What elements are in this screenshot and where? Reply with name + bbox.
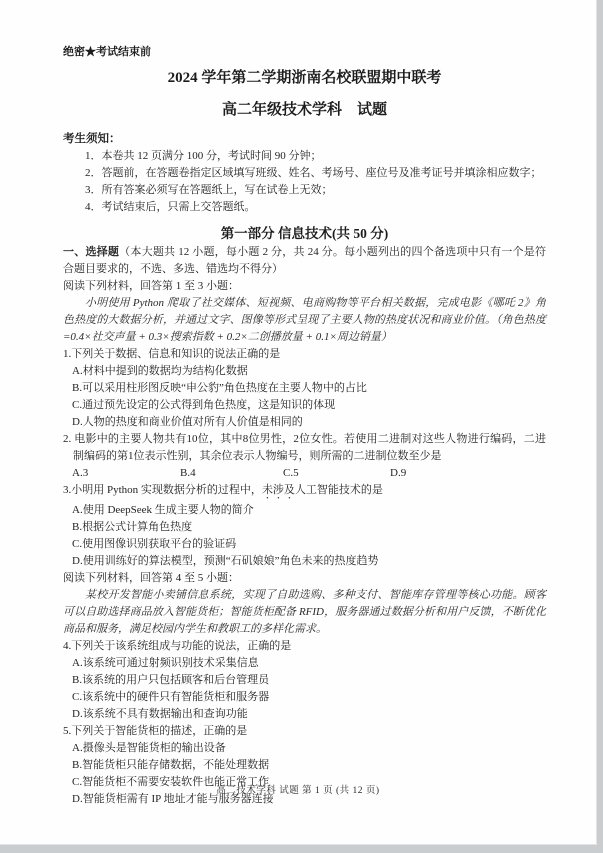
question-2: 2. 电影中的主要人物共有10位，其中8位男性，2位女性。若使用二进制对这些人物… bbox=[63, 431, 546, 482]
question-2-option-b: B.4 bbox=[180, 465, 283, 482]
question-2-options: A.3 B.4 C.5 D.9 bbox=[63, 465, 546, 482]
question-3: 3.小明用 Python 实现数据分析的过程中，未涉及人工智能技术的是 A.使用… bbox=[63, 482, 546, 570]
question-3-stem: 3.小明用 Python 实现数据分析的过程中，未涉及人工智能技术的是 bbox=[63, 482, 546, 502]
material-paragraph-2: 某校开发智能小卖铺信息系统，实现了自助选购、多种支付、智能库存管理等核心功能。顾… bbox=[63, 587, 546, 638]
question-5-option-a: A.摄像头是智能货柜的输出设备 bbox=[63, 740, 546, 757]
notice-item-3: 3．所有答案必须写在答题纸上，写在试卷上无效； bbox=[63, 182, 546, 199]
question-4-option-c: C.该系统中的硬件只有智能货柜和服务器 bbox=[63, 689, 546, 706]
question-4-option-a: A.该系统可通过射频识别技术采集信息 bbox=[63, 655, 546, 672]
section-title: 第一部分 信息技术(共 50 分) bbox=[63, 224, 546, 244]
choice-heading-description: （本大题共 12 小题，每小题 2 分，共 24 分。每小题列出的四个备选项中只… bbox=[63, 246, 546, 275]
question-1-option-c: C.通过预先设定的公式得到角色热度，这是知识的体现 bbox=[63, 397, 546, 414]
choice-heading-label: 一、选择题 bbox=[63, 246, 119, 258]
question-4-option-b: B.该系统的用户只包括顾客和后台管理员 bbox=[63, 672, 546, 689]
notice-item-1: 1．本卷共 12 页满分 100 分，考试时间 90 分钟； bbox=[63, 148, 546, 165]
notice-heading: 考生须知： bbox=[63, 131, 546, 148]
question-1: 1.下列关于数据、信息和知识的说法正确的是 A.材料中提到的数据均为结构化数据 … bbox=[63, 346, 546, 431]
notice-item-2: 2．答题前，在答题卷指定区域填写班级、姓名、考场号、座位号及准考证号并填涂相应数… bbox=[63, 165, 546, 182]
question-2-option-c: C.5 bbox=[283, 465, 390, 482]
question-5-stem: 5.下列关于智能货柜的描述，正确的是 bbox=[63, 723, 546, 740]
question-2-option-d: D.9 bbox=[390, 465, 546, 482]
reading-intro-2: 阅读下列材料，回答第 4 至 5 小题： bbox=[63, 570, 546, 587]
question-4: 4.下列关于该系统组成与功能的说法，正确的是 A.该系统可通过射频识别技术采集信… bbox=[63, 638, 546, 723]
question-3-stem-prefix: 3.小明用 Python 实现数据分析的过程中， bbox=[63, 484, 262, 496]
question-1-option-d: D.人物的热度和商业价值对所有人价值是相同的 bbox=[63, 414, 546, 431]
page-footer: 高二技术学科 试题 第 1 页 (共 12 页) bbox=[0, 782, 596, 796]
exam-page: 绝密★考试结束前 2024 学年第二学期浙南名校联盟期中联考 高二年级技术学科 … bbox=[0, 0, 597, 845]
question-3-stem-suffix: 人工智能技术的是 bbox=[295, 484, 383, 496]
question-1-option-b: B.可以采用柱形图反映“申公豹”角色热度在主要人物中的占比 bbox=[63, 380, 546, 397]
choice-section-heading: 一、选择题（本大题共 12 小题，每小题 2 分，共 24 分。每小题列出的四个… bbox=[63, 244, 546, 278]
page-content: 绝密★考试结束前 2024 学年第二学期浙南名校联盟期中联考 高二年级技术学科 … bbox=[63, 44, 546, 808]
reading-intro-1: 阅读下列材料，回答第 1 至 3 小题： bbox=[63, 278, 546, 295]
question-2-stem: 2. 电影中的主要人物共有10位，其中8位男性，2位女性。若使用二进制对这些人物… bbox=[63, 431, 546, 465]
question-5-option-b: B.智能货柜只能存储数据，不能处理数据 bbox=[63, 757, 546, 774]
question-2-option-a: A.3 bbox=[72, 465, 180, 482]
question-3-stem-emphasis: 未涉及 bbox=[262, 484, 295, 496]
subject-title: 高二年级技术学科 试题 bbox=[63, 100, 546, 121]
question-3-option-a: A.使用 DeepSeek 生成主要人物的简介 bbox=[63, 502, 546, 519]
notice-item-4: 4．考试结束后，只需上交答题纸。 bbox=[63, 199, 546, 216]
question-3-option-c: C.使用图像识别获取平台的验证码 bbox=[63, 536, 546, 553]
question-3-option-b: B.根据公式计算角色热度 bbox=[63, 519, 546, 536]
question-1-stem: 1.下列关于数据、信息和知识的说法正确的是 bbox=[63, 346, 546, 363]
security-label: 绝密★考试结束前 bbox=[63, 44, 546, 61]
question-1-option-a: A.材料中提到的数据均为结构化数据 bbox=[63, 363, 546, 380]
material-paragraph-1: 小明使用 Python 爬取了社交媒体、短视频、电商购物等平台相关数据，完成电影… bbox=[63, 295, 546, 346]
question-4-option-d: D.该系统不具有数据输出和查询功能 bbox=[63, 706, 546, 723]
exam-title: 2024 学年第二学期浙南名校联盟期中联考 bbox=[63, 68, 546, 89]
question-4-stem: 4.下列关于该系统组成与功能的说法，正确的是 bbox=[63, 638, 546, 655]
question-3-option-d: D.使用训练好的算法模型，预测“石矶娘娘”角色未来的热度趋势 bbox=[63, 553, 546, 570]
